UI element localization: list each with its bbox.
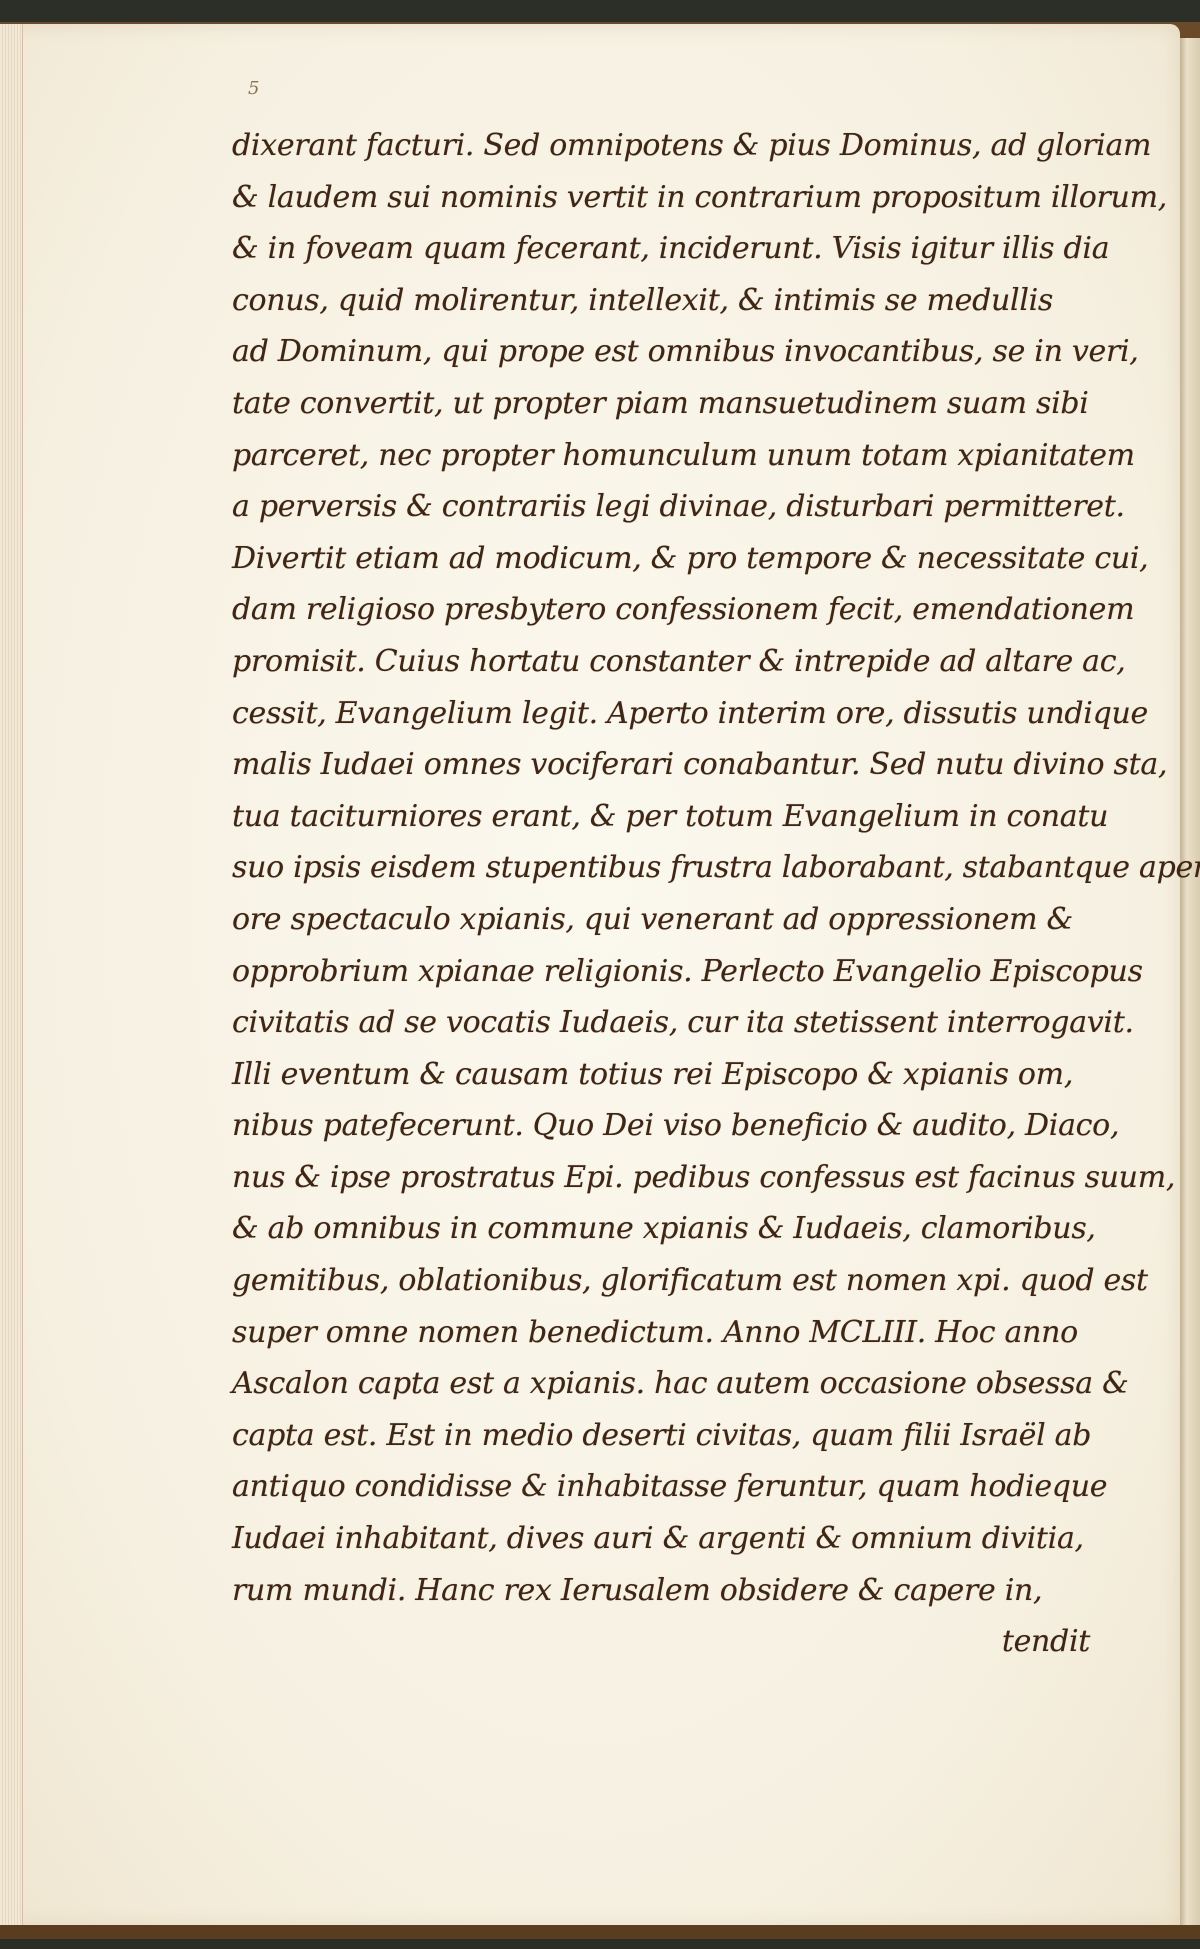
page-gutter [0, 24, 23, 1927]
text-line: Illi eventum & causam totius rei Episcop… [232, 1049, 1102, 1101]
text-line: gemitibus, oblationibus, glorificatum es… [232, 1255, 1102, 1307]
text-line: & in foveam quam fecerant, inciderunt. V… [232, 223, 1102, 275]
manuscript-text: dixerant facturi. Sed omnipotens & pius … [232, 120, 1102, 1668]
text-line: parceret, nec propter homunculum unum to… [232, 430, 1102, 482]
folio-mark: 5 [248, 78, 259, 99]
text-line: Ascalon capta est a xpianis. hac autem o… [232, 1358, 1102, 1410]
text-line: super omne nomen benedictum. Anno MCLIII… [232, 1307, 1102, 1359]
text-line: a perversis & contrariis legi divinae, d… [232, 481, 1102, 533]
text-line: capta est. Est in medio deserti civitas,… [232, 1410, 1102, 1462]
text-line: opprobrium xpianae religionis. Perlecto … [232, 946, 1102, 998]
next-leaf-edge [1178, 38, 1200, 1928]
text-line: dam religioso presbytero confessionem fe… [232, 584, 1102, 636]
text-line: & laudem sui nominis vertit in contrariu… [232, 172, 1102, 224]
text-line: Iudaei inhabitant, dives auri & argenti … [232, 1513, 1102, 1565]
text-line: conus, quid molirentur, intellexit, & in… [232, 275, 1102, 327]
text-line: rum mundi. Hanc rex Ierusalem obsidere &… [232, 1565, 1102, 1617]
text-line: civitatis ad se vocatis Iudaeis, cur ita… [232, 997, 1102, 1049]
text-line: ore spectaculo xpianis, qui venerant ad … [232, 894, 1102, 946]
text-line: promisit. Cuius hortatu constanter & int… [232, 636, 1102, 688]
text-line: cessit, Evangelium legit. Aperto interim… [232, 688, 1102, 740]
text-line: nus & ipse prostratus Epi. pedibus confe… [232, 1152, 1102, 1204]
text-line: nibus patefecerunt. Quo Dei viso benefic… [232, 1100, 1102, 1152]
catchword: tendit [232, 1616, 1102, 1668]
text-line: tate convertit, ut propter piam mansuetu… [232, 378, 1102, 430]
text-line: Divertit etiam ad modicum, & pro tempore… [232, 533, 1102, 585]
text-line: & ab omnibus in commune xpianis & Iudaei… [232, 1203, 1102, 1255]
book-bottom-edge [0, 1925, 1200, 1949]
text-line: malis Iudaei omnes vociferari conabantur… [232, 739, 1102, 791]
text-line: suo ipsis eisdem stupentibus frustra lab… [232, 842, 1102, 894]
text-line: tua taciturniores erant, & per totum Eva… [232, 791, 1102, 843]
text-line: ad Dominum, qui prope est omnibus invoca… [232, 326, 1102, 378]
text-line: dixerant facturi. Sed omnipotens & pius … [232, 120, 1102, 172]
text-line: antiquo condidisse & inhabitasse feruntu… [232, 1461, 1102, 1513]
